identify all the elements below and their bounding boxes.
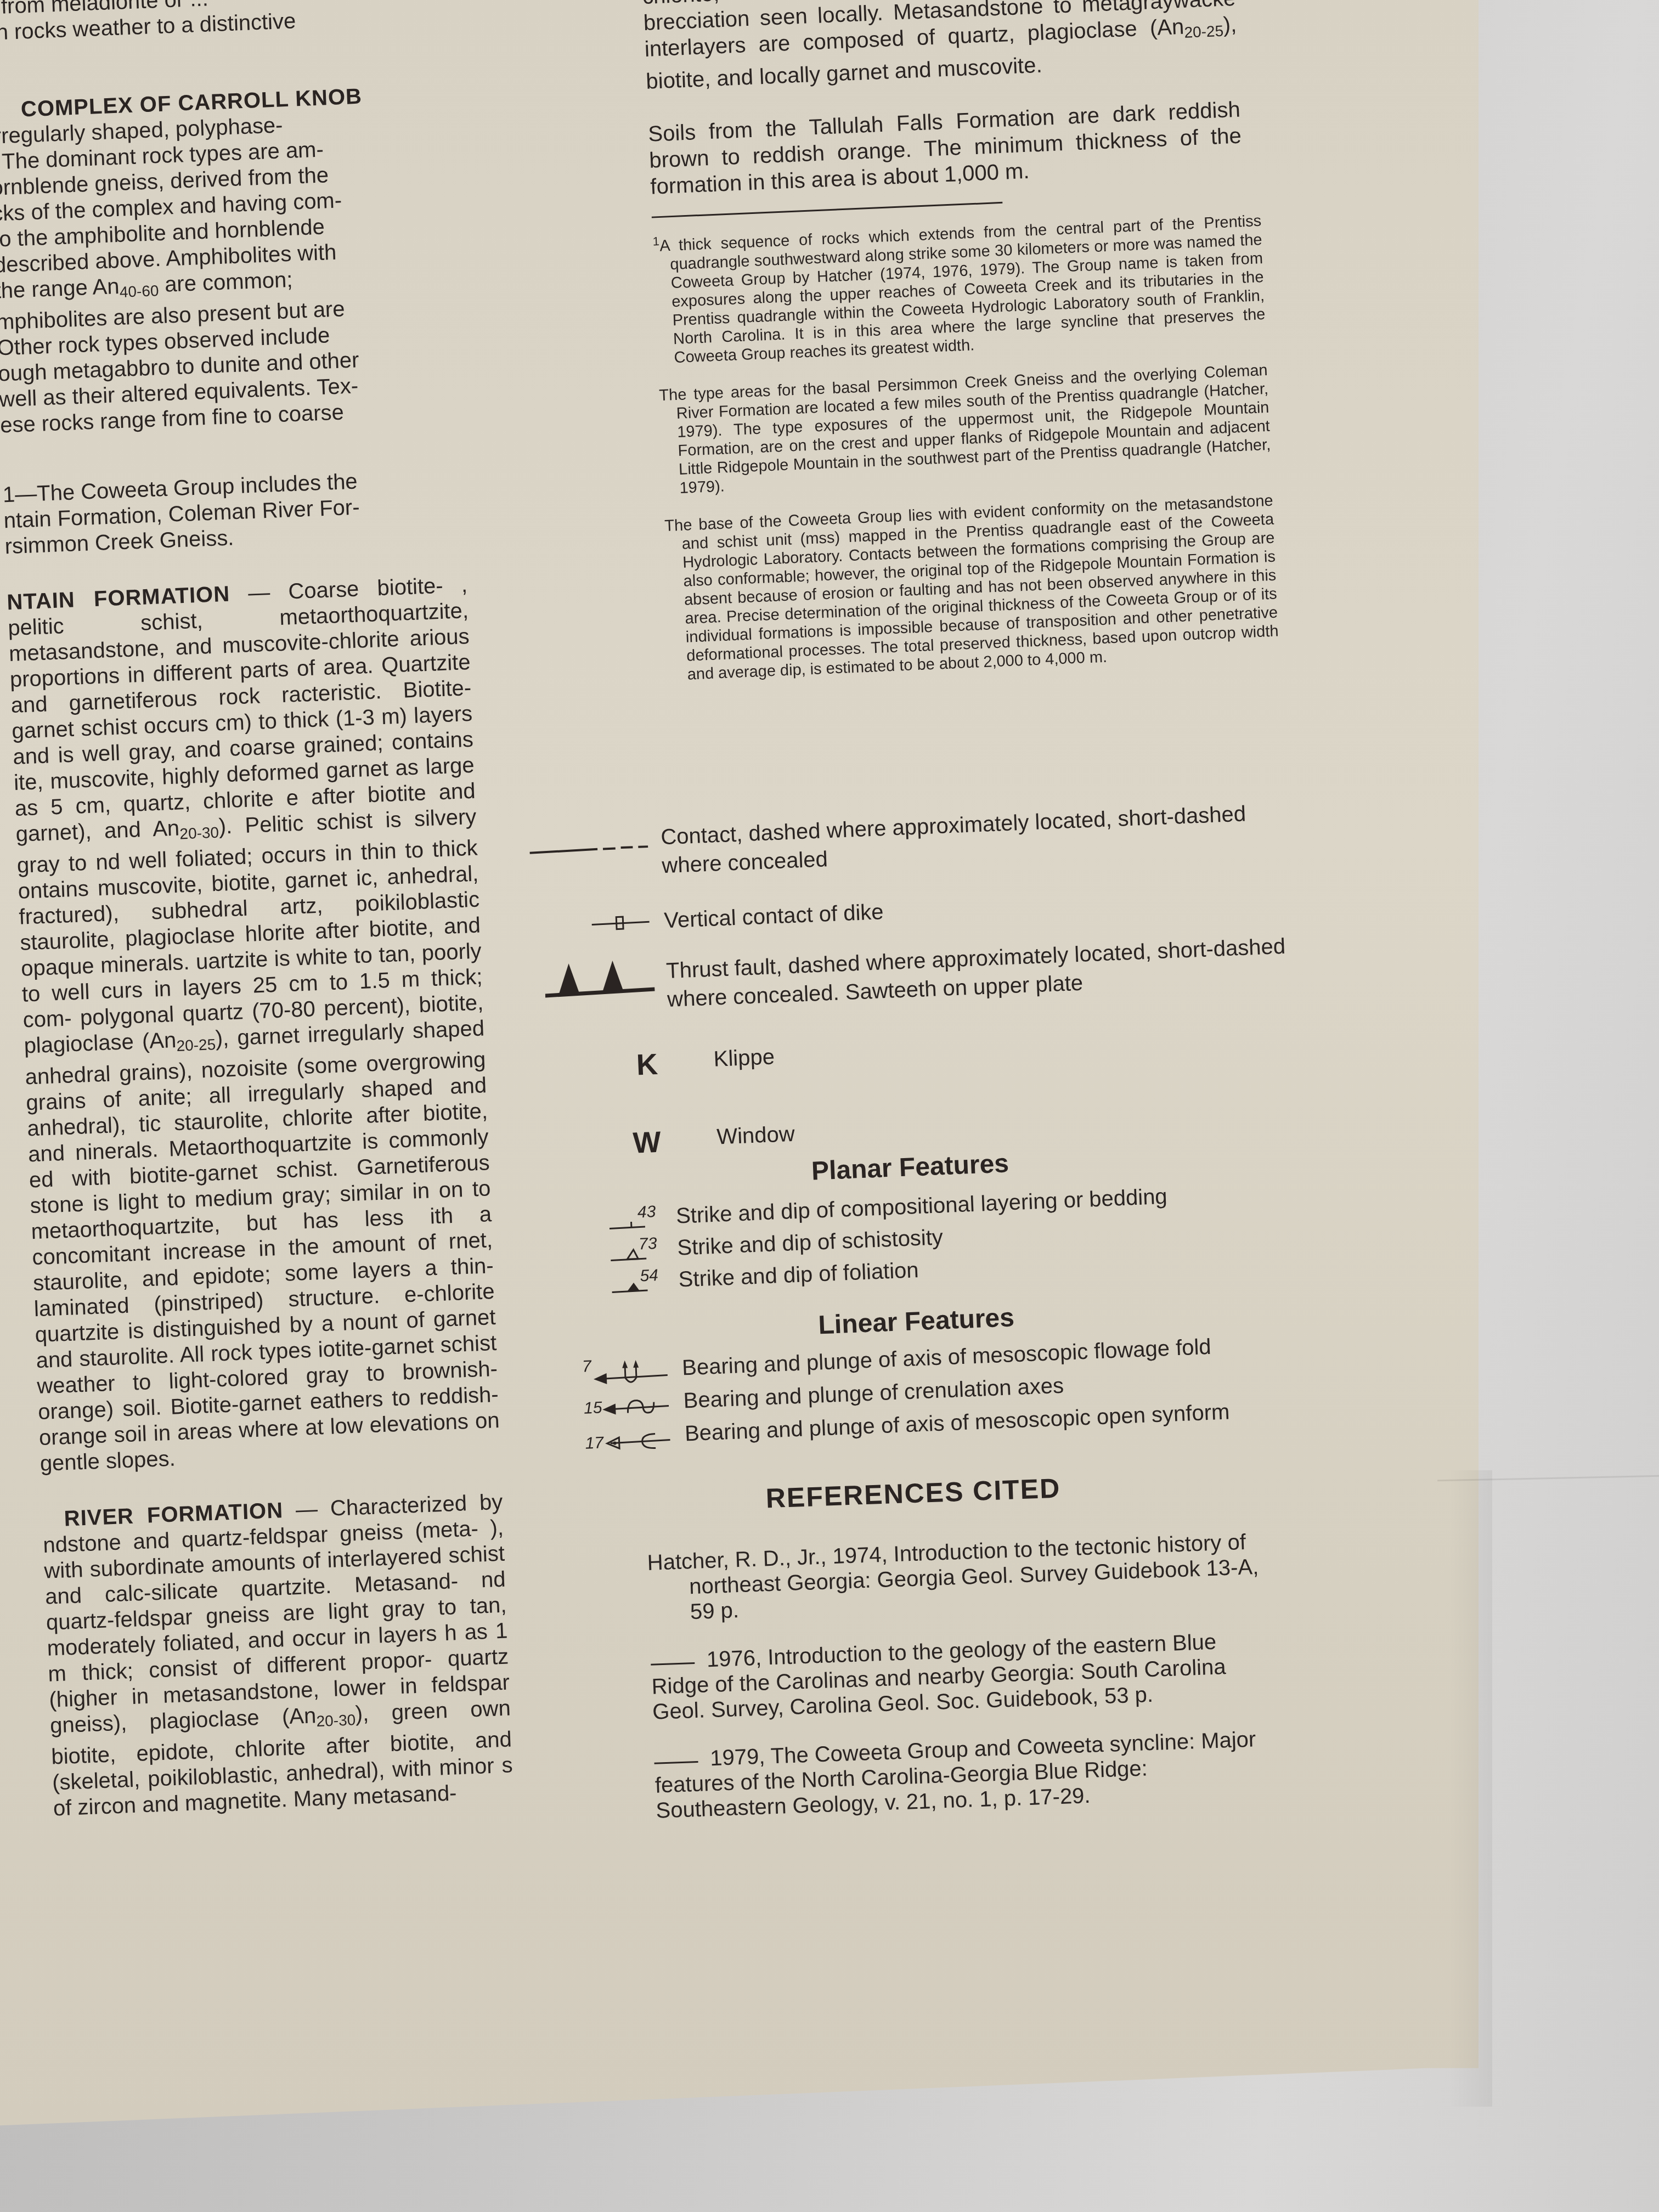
ditto-dash	[651, 1662, 695, 1666]
text-fragment: are common;	[158, 268, 293, 297]
footnote-rule	[652, 202, 1003, 218]
footnote-type-areas: The type areas for the basal Persimmon C…	[659, 361, 1272, 498]
footnote-base-of-group: The base of the Coweeta Group lies with …	[664, 491, 1280, 684]
dike-contact-icon	[532, 906, 665, 939]
paper-fold-shadow	[1448, 1470, 1492, 2107]
coleman-river-formation: RIVER FORMATION — Characterized by ndsto…	[42, 1489, 514, 1822]
foliation-strike-dip-icon: 54	[546, 1266, 679, 1299]
legend-label: Klippe	[669, 1021, 1306, 1075]
svg-text:43: 43	[637, 1203, 656, 1221]
legend-label: Contact, dashed where approximately loca…	[660, 798, 1287, 881]
thrust-fault-icon	[534, 957, 667, 1001]
open-synform-axis-icon: 17	[552, 1419, 685, 1455]
reference-item: 1979, The Coweeta Group and Coweeta sync…	[654, 1726, 1282, 1824]
legend-item-klippe: K Klippe	[538, 1021, 1306, 1086]
footnotes: 1A thick sequence of rocks which extends…	[652, 207, 1280, 684]
legend-label: Vertical contact of dike	[664, 881, 1290, 935]
footnote-marker: 1	[652, 234, 659, 248]
ridgepole-mountain-formation: NTAIN FORMATION — Coarse biotite- , peli…	[7, 572, 501, 1477]
legend-label: Window	[672, 1099, 1309, 1153]
reference-text: 1979, The Coweeta Group and Coweeta sync…	[654, 1727, 1256, 1822]
text-fragment: , pelitic schist, metaorthoquartzite, me…	[8, 573, 476, 847]
reference-item: 1976, Introduction to the geology of the…	[650, 1627, 1278, 1725]
right-column: chlorite, ... and retrograded in some sp…	[642, 0, 1302, 703]
anorthite-subscript: 40-60	[119, 282, 159, 301]
footnote-text: The base of the Coweeta Group lies with …	[664, 492, 1279, 683]
reference-item: Hatcher, R. D., Jr., 1974, Introduction …	[647, 1528, 1274, 1626]
anorthite-subscript: 20-25	[1184, 22, 1224, 41]
legend-label: Thrust fault, dashed where approximately…	[665, 932, 1293, 1014]
svg-text:54: 54	[640, 1266, 659, 1285]
legend-item-thrust-fault: Thrust fault, dashed where approximately…	[534, 932, 1304, 1019]
map-legend: Contact, dashed where approximately loca…	[527, 748, 1321, 1455]
footnote-1: 1A thick sequence of rocks which extends…	[652, 207, 1266, 368]
footnote-text: A thick sequence of rocks which extends …	[659, 212, 1266, 366]
klippe-symbol: K	[538, 1047, 670, 1086]
bedding-strike-dip-icon: 43	[544, 1202, 676, 1235]
svg-text:73: 73	[639, 1234, 658, 1253]
legend-item-dike: Vertical contact of dike	[532, 881, 1301, 940]
svg-text:7: 7	[582, 1357, 592, 1376]
footnote-text: The type areas for the basal Persimmon C…	[659, 362, 1271, 497]
text-fragment: ), garnet irregularly shaped anhedral gr…	[25, 1016, 500, 1476]
reference-text: 1976, Introduction to the geology of the…	[651, 1630, 1226, 1724]
anorthite-subscript: 20-30	[179, 824, 219, 843]
svg-text:17: 17	[585, 1434, 605, 1452]
references-cited: REFERENCES CITED Hatcher, R. D., Jr., 19…	[645, 1465, 1282, 1846]
flowage-fold-axis-icon: 7	[550, 1354, 682, 1390]
anorthite-subscript: 20-30	[316, 1711, 356, 1730]
window-symbol: W	[541, 1125, 674, 1164]
left-column: s from meladiorite or ... ch rocks weath…	[0, 0, 514, 1822]
text-fragment: chlorite, ... and retrograded in some sp…	[642, 0, 1236, 61]
anorthite-subscript: 20-25	[176, 1036, 216, 1054]
schistosity-strike-dip-icon: 73	[545, 1234, 678, 1267]
ditto-dash	[654, 1761, 698, 1764]
klippe-icon: K	[636, 1047, 658, 1082]
contact-line-icon	[529, 823, 662, 861]
reference-text: Hatcher, R. D., Jr., 1974, Introduction …	[647, 1530, 1259, 1624]
text-fragment: the range An	[0, 274, 120, 303]
crenulation-axis-icon: 15	[551, 1386, 684, 1423]
legend-item-contact: Contact, dashed where approximately loca…	[529, 798, 1299, 885]
svg-text:15: 15	[583, 1398, 602, 1417]
carroll-knob-section: COMPLEX OF CARROLL KNOB irregularly shap…	[0, 81, 461, 439]
window-icon: W	[633, 1125, 662, 1160]
